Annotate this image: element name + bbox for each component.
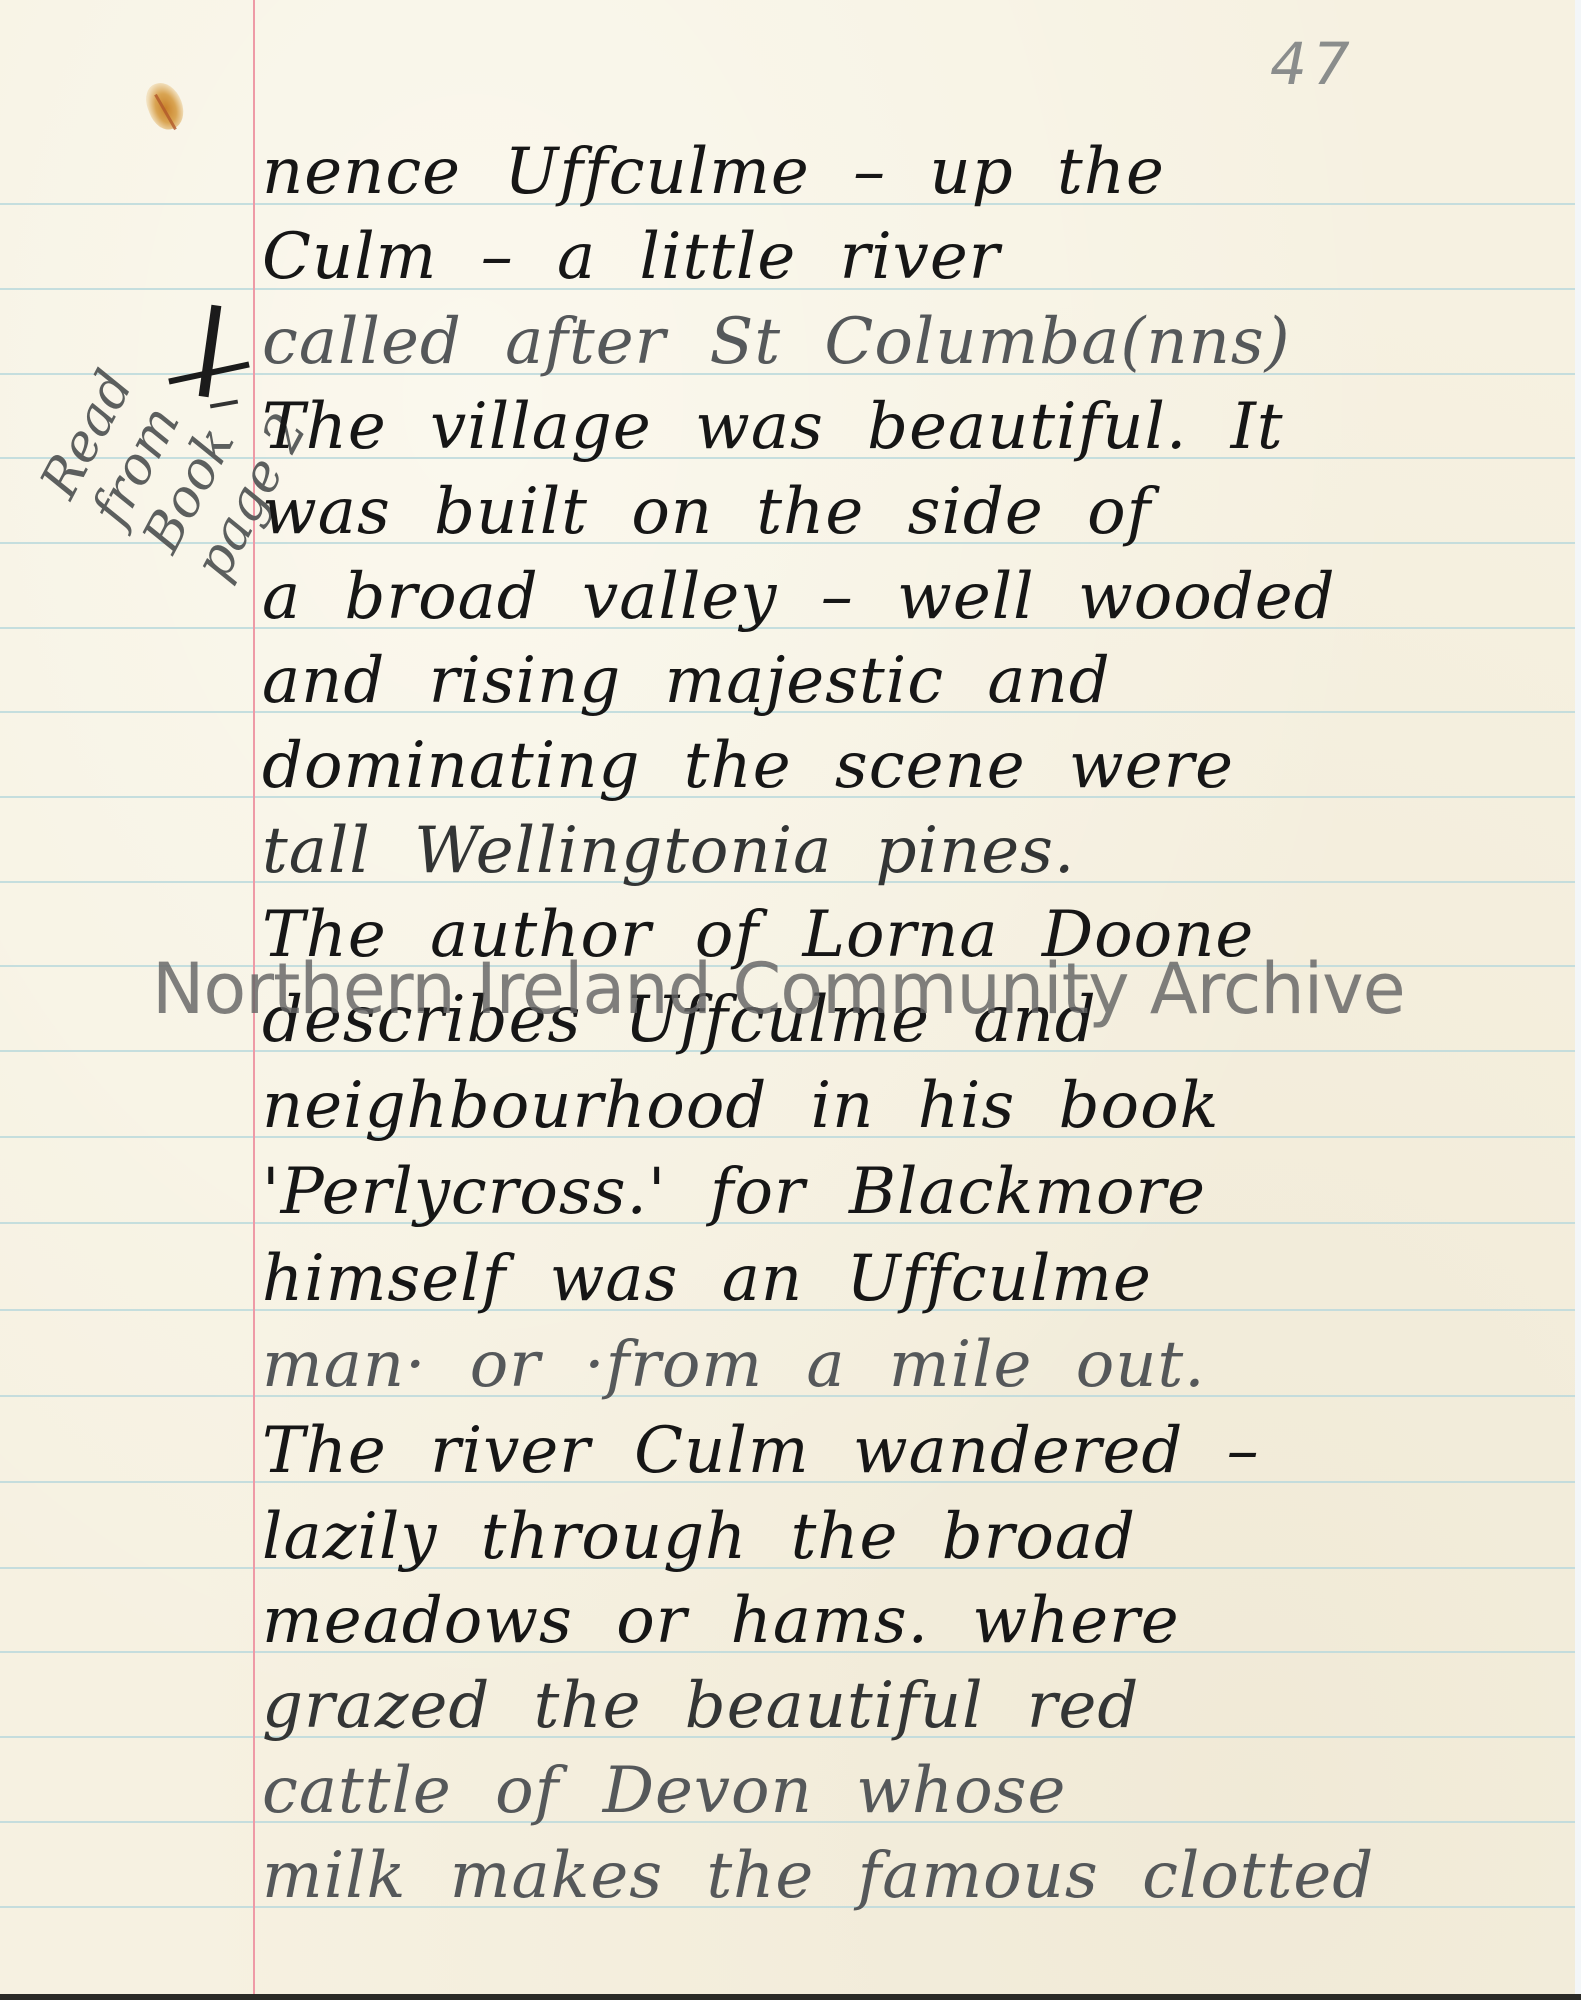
handwritten-line: Culm – a little river bbox=[262, 225, 1000, 289]
handwritten-line: nence Uffculme – up the bbox=[262, 140, 1165, 204]
handwritten-line: called after St Columba(nns) bbox=[262, 310, 1291, 374]
handwritten-line: dominating the scene were bbox=[262, 734, 1234, 798]
page-number: 47 bbox=[1270, 30, 1356, 98]
handwritten-line: meadows or hams. where bbox=[262, 1589, 1180, 1653]
handwritten-line: grazed the beautiful red bbox=[262, 1674, 1139, 1738]
rust-stain bbox=[141, 78, 189, 135]
handwritten-line: The author of Lorna Doone bbox=[262, 903, 1254, 967]
handwritten-line: neighbourhood in his book bbox=[262, 1074, 1219, 1138]
handwritten-line: The village was beautiful. It bbox=[262, 395, 1284, 459]
handwritten-line: and rising majestic and bbox=[262, 649, 1111, 713]
handwritten-line: milk makes the famous clotted bbox=[262, 1844, 1374, 1908]
handwritten-line: lazily through the broad bbox=[262, 1505, 1136, 1569]
handwritten-line: The river Culm wandered – bbox=[262, 1419, 1260, 1483]
handwritten-line: himself was an Uffculme bbox=[262, 1247, 1152, 1311]
handwritten-line: cattle of Devon whose bbox=[262, 1759, 1066, 1823]
red-margin-line bbox=[253, 0, 255, 1994]
handwritten-line: 'Perlycross.' for Blackmore bbox=[262, 1160, 1206, 1224]
handwritten-line: tall Wellingtonia pines. bbox=[262, 819, 1075, 883]
scan-edge-bottom bbox=[0, 1994, 1581, 2000]
notebook-page: 47 Read from Book page 2 nence Uffculme … bbox=[0, 0, 1575, 1994]
handwritten-line: a broad valley – well wooded bbox=[262, 565, 1336, 629]
scan-edge-right bbox=[1575, 0, 1581, 1994]
handwritten-line: describes Uffculme and bbox=[262, 988, 1097, 1052]
handwritten-line: man· or ·from a mile out. bbox=[262, 1333, 1206, 1397]
handwritten-line: was built on the side of bbox=[262, 480, 1151, 544]
